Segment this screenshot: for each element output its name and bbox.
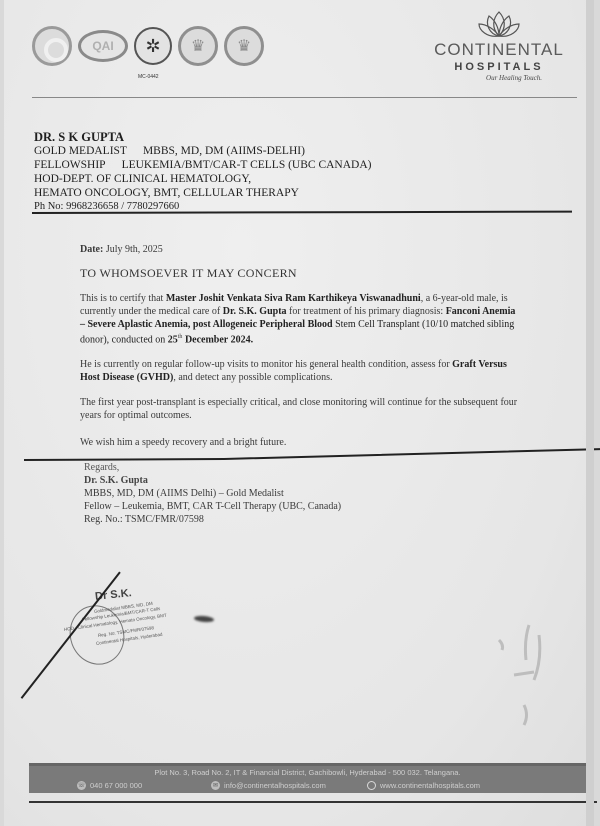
qai-seal-label: QAI [81, 33, 125, 59]
email-icon: ✉ [211, 781, 220, 790]
footer-website-text[interactable]: www.continentalhospitals.com [380, 781, 480, 790]
doctor-department: HOD-DEPT. OF CLINICAL HEMATOLOGY, [34, 172, 371, 186]
brand-tagline: Our Healing Touch. [424, 74, 574, 82]
signatory-name: Dr. S.K. Gupta [84, 474, 341, 487]
header-divider [32, 97, 577, 98]
globe-icon [367, 781, 376, 790]
accreditation-seal-icon [32, 26, 72, 66]
letter-date: Date: July 9th, 2025 [80, 243, 520, 256]
doctor-name: DR. S K GUPTA [34, 130, 371, 144]
doctor-reference: Dr. S.K. Gupta [223, 306, 287, 317]
brand-name: CONTINENTAL [424, 40, 574, 60]
doctor-stamp: Dr S.K. Goldmedalist MBBS, MD, DM Fellow… [62, 585, 212, 665]
qualification-label: GOLD MEDALIST [34, 145, 127, 157]
doctor-specialty: HEMATO ONCOLOGY, BMT, CELLULAR THERAPY [34, 186, 371, 200]
hospital-logo: CONTINENTAL HOSPITALS Our Healing Touch. [424, 10, 574, 82]
fellowship-value: LEUKEMIA/BMT/CAR-T CELLS (UBC CANADA) [122, 159, 372, 171]
footer-website[interactable]: www.continentalhospitals.com [367, 781, 480, 790]
date-label: Date: [80, 244, 103, 255]
qualification-value: MBBS, MD, DM (AIIMS-DELHI) [143, 145, 305, 157]
crown-seal-icon [224, 26, 264, 66]
letter-heading: TO WHOMSOEVER IT MAY CONCERN [80, 267, 520, 280]
certification-paragraph: This is to certify that Master Joshit Ve… [80, 292, 520, 346]
letter-body: Date: July 9th, 2025 TO WHOMSOEVER IT MA… [80, 243, 520, 449]
doctor-qualification-line: GOLD MEDALISTMBBS, MD, DM (AIIMS-DELHI) [34, 144, 371, 158]
accreditation-seals: QAI [32, 26, 264, 66]
date-value: July 9th, 2025 [106, 244, 163, 255]
crown-seal-icon [178, 26, 218, 66]
transplant-day: 25 [168, 334, 178, 345]
text: He is currently on regular follow-up vis… [80, 359, 452, 370]
signature-block: Regards, Dr. S.K. Gupta MBBS, MD, DM (AI… [84, 465, 341, 526]
signatory-qualification: MBBS, MD, DM (AIIMS Delhi) – Gold Medali… [84, 487, 341, 500]
footer-email-text[interactable]: info@continentalhospitals.com [224, 781, 326, 790]
monitoring-paragraph: The first year post-transplant is especi… [80, 396, 520, 422]
patient-name: Master Joshit Venkata Siva Ram Karthikey… [166, 293, 421, 304]
text: This is to certify that [80, 293, 166, 304]
letter-page: QAI MC-0442 CONTINENTAL HOSPITALS Our He… [4, 0, 594, 826]
footer-email[interactable]: ✉ info@continentalhospitals.com [211, 781, 326, 790]
seal-code: MC-0442 [138, 74, 159, 80]
footer-divider [29, 801, 597, 803]
doctor-letterhead: DR. S K GUPTA GOLD MEDALISTMBBS, MD, DM … [34, 130, 371, 214]
footer-contact-bar: Plot No. 3, Road No. 2, IT & Financial D… [29, 763, 586, 793]
qai-seal-icon: QAI [78, 30, 128, 62]
fellowship-label: FELLOWSHIP [34, 159, 106, 171]
doctor-fellowship-line: FELLOWSHIPLEUKEMIA/BMT/CAR-T CELLS (UBC … [34, 158, 371, 172]
transplant-date: December 2024. [182, 334, 253, 345]
text: , and detect any possible complications. [173, 372, 332, 383]
registration-number: Reg. No.: TSMC/FMR/07598 [84, 513, 341, 526]
text: for treatment of his primary diagnosis: [287, 306, 446, 317]
regards-label: Regards, [84, 461, 341, 474]
brand-subtitle: HOSPITALS [424, 61, 574, 73]
signatory-fellowship: Fellow – Leukemia, BMT, CAR T-Cell Thera… [84, 500, 341, 513]
follow-up-paragraph: He is currently on regular follow-up vis… [80, 358, 520, 384]
footer-address: Plot No. 3, Road No. 2, IT & Financial D… [29, 768, 586, 777]
faint-ink-marks [494, 620, 554, 730]
page-edge [586, 0, 594, 826]
footer-phone: ☏ 040 67 000 000 [77, 781, 142, 790]
footer-phone-text: 040 67 000 000 [90, 781, 142, 790]
phone-icon: ☏ [77, 781, 86, 790]
lotus-logo-icon [477, 10, 521, 38]
nabh-seal-icon [134, 27, 172, 65]
